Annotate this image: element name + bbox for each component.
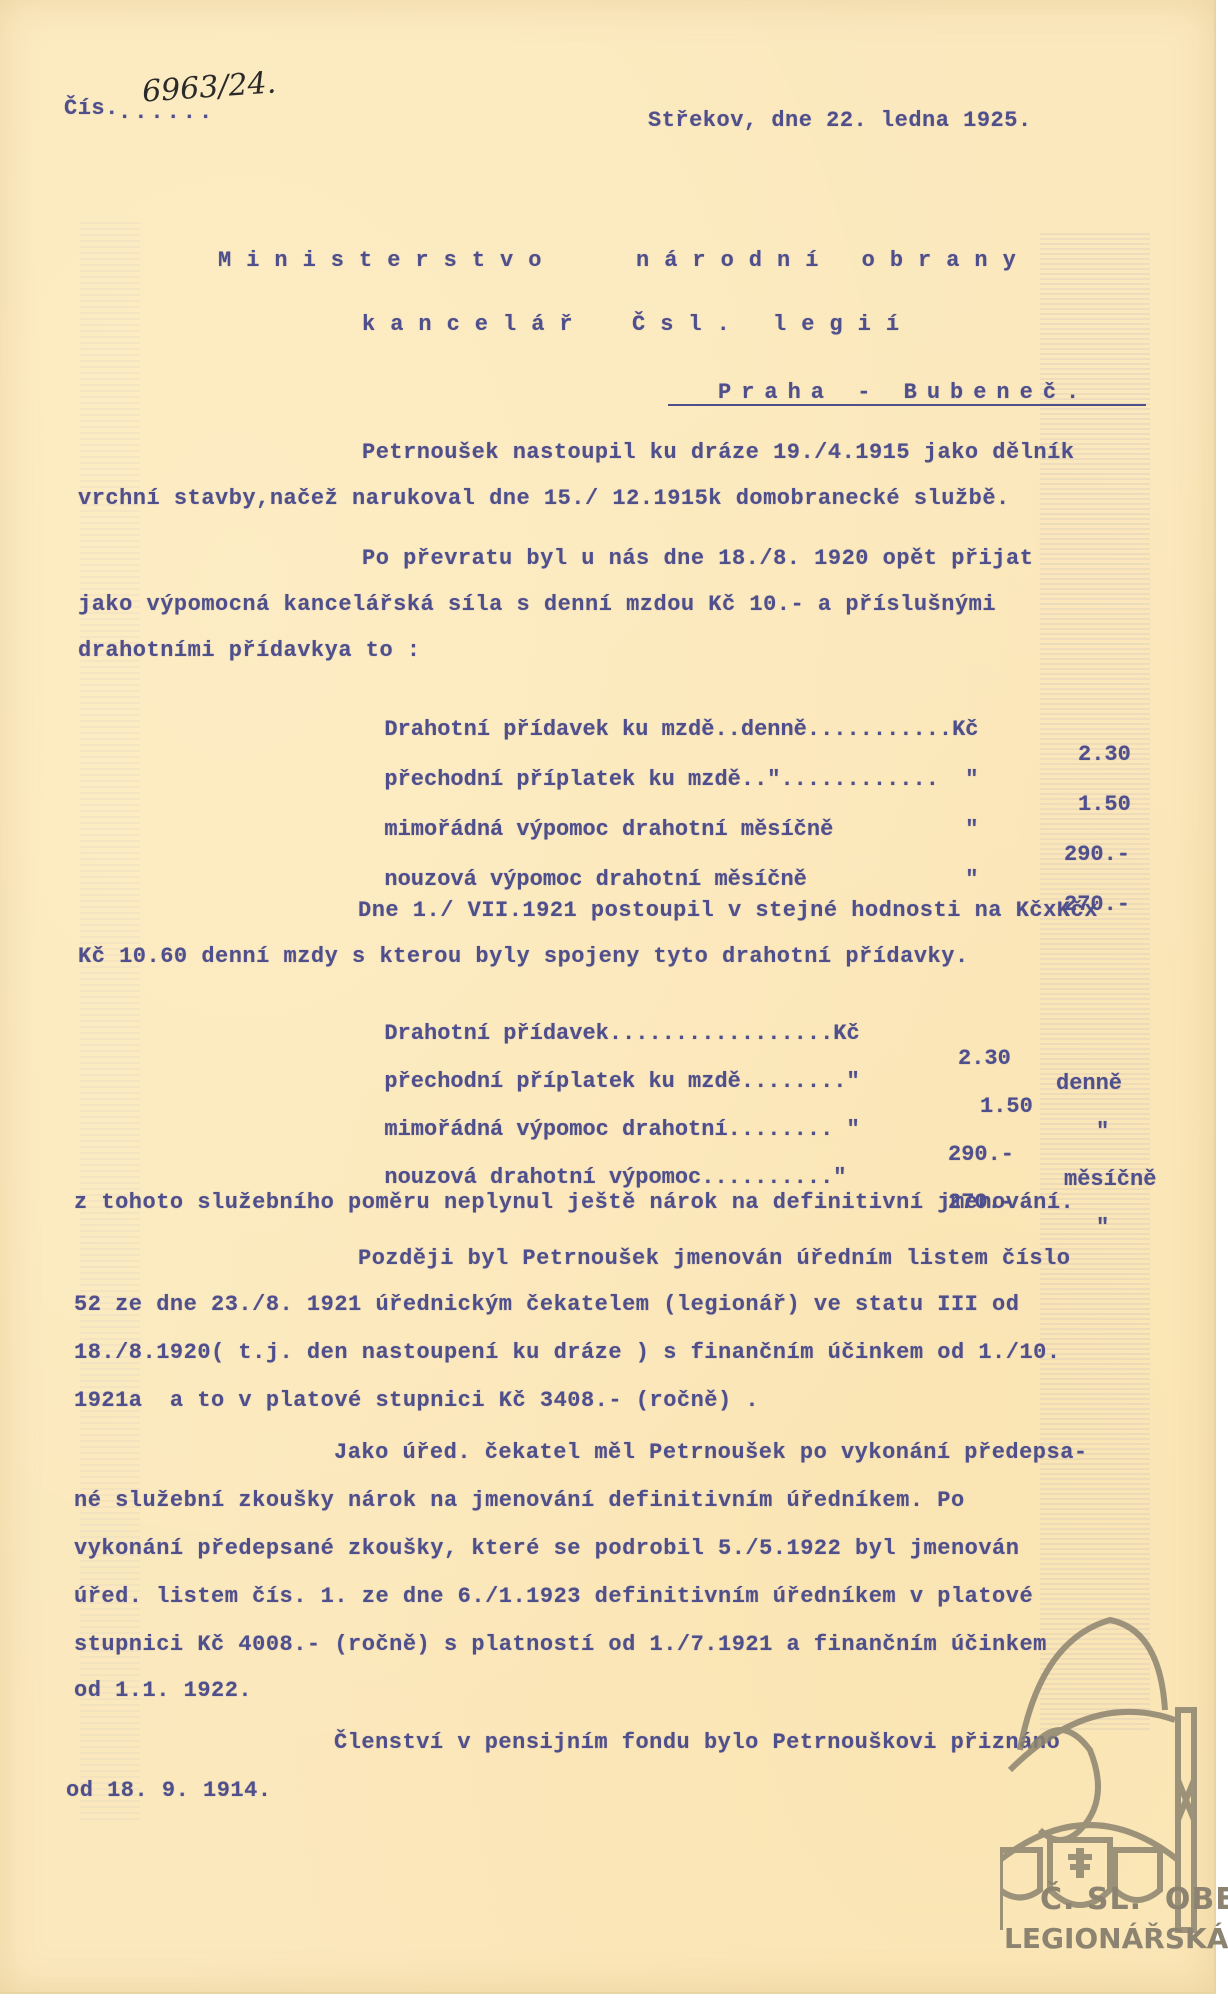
addressee-line3: Praha - Bubeneč. bbox=[718, 380, 1089, 405]
watermark-line2: LEGIONÁŘSKÁ bbox=[1004, 1922, 1228, 1955]
paragraph2-line1: Po převratu byl u nás dne 18./8. 1920 op… bbox=[362, 546, 1033, 571]
allowance1-label: mimořádná výpomoc drahotní měsíčně " bbox=[384, 817, 978, 842]
paragraph1-line1: Petrnoušek nastoupil ku dráze 19./4.1915… bbox=[362, 440, 1075, 465]
allowance1-amount: 290.- bbox=[1064, 842, 1130, 867]
paragraph5-line2: 52 ze dne 23./8. 1921 úřednickým čekatel… bbox=[74, 1292, 1019, 1317]
paragraph6-line1: Jako úřed. čekatel měl Petrnoušek po vyk… bbox=[334, 1440, 1088, 1465]
place-date: Střekov, dne 22. ledna 1925. bbox=[648, 108, 1032, 133]
allowance2-period: měsíčně bbox=[1064, 1167, 1156, 1192]
watermark-line1: Č. SL. OBEC bbox=[1040, 1882, 1228, 1917]
addressee-underline bbox=[668, 404, 1146, 406]
allowance2-period: denně bbox=[1056, 1071, 1122, 1096]
paragraph6-line6: od 1.1. 1922. bbox=[74, 1678, 252, 1703]
reference-label: Čís. bbox=[64, 96, 119, 121]
paragraph7-line2: od 18. 9. 1914. bbox=[66, 1778, 272, 1803]
addressee-line1-b: národní obrany bbox=[636, 248, 1031, 273]
allowance1-label: Drahotní přídavek ku mzdě..denně........… bbox=[384, 717, 978, 742]
paragraph6-line4: úřed. listem čís. 1. ze dne 6./1.1923 de… bbox=[74, 1584, 1033, 1609]
paragraph6-line5: stupnici Kč 4008.- (ročně) s platností o… bbox=[74, 1632, 1047, 1657]
allowance2-amount: 1.50 bbox=[980, 1094, 1033, 1119]
paragraph3-line2: Kč 10.60 denní mzdy s kterou byly spojen… bbox=[78, 944, 969, 969]
paragraph1-line2: vrchní stavby,načež narukoval dne 15./ 1… bbox=[78, 486, 1010, 511]
paragraph5-line4: 1921a a to v platové stupnici Kč 3408.- … bbox=[74, 1388, 759, 1413]
paragraph3-line1: Dne 1./ VII.1921 postoupil v stejné hodn… bbox=[358, 898, 1098, 923]
allowance2-label: přechodní příplatek ku mzdě........" bbox=[384, 1069, 859, 1094]
paragraph6-line2: né služební zkoušky nárok na jmenování d… bbox=[74, 1488, 965, 1513]
allowance1-amount: 2.30 bbox=[1078, 742, 1131, 767]
paragraph5-line3: 18./8.1920( t.j. den nastoupení ku dráze… bbox=[74, 1340, 1061, 1365]
allowance2-label: Drahotní přídavek.................Kč bbox=[384, 1021, 859, 1046]
addressee-line1-a: Ministerstvo bbox=[218, 248, 556, 273]
paragraph7-line1: Členství v pensijním fondu bylo Petrnouš… bbox=[334, 1730, 1060, 1755]
paragraph5-line1: Později byl Petrnoušek jmenován úředním … bbox=[358, 1246, 1071, 1271]
paragraph2-line2: jako výpomocná kancelářská síla s denní … bbox=[78, 592, 996, 617]
addressee-line2-a: kancelář bbox=[362, 312, 588, 337]
allowance1-label: nouzová výpomoc drahotní měsíčně " bbox=[384, 867, 978, 892]
allowance2-period: " bbox=[1096, 1215, 1109, 1240]
paragraph2-line3: drahotními přídavkya to : bbox=[78, 638, 421, 663]
allowance1-amount: 1.50 bbox=[1078, 792, 1131, 817]
allowance2-period: " bbox=[1096, 1119, 1109, 1144]
paragraph6-line3: vykonání předepsané zkoušky, které se po… bbox=[74, 1536, 1019, 1561]
allowance2-amount: 2.30 bbox=[958, 1046, 1011, 1071]
allowance2-label: mimořádná výpomoc drahotní........ " bbox=[384, 1117, 859, 1142]
addressee-line2-b: Čsl. legií bbox=[632, 312, 914, 337]
allowance1-label: přechodní příplatek ku mzdě.."..........… bbox=[384, 767, 978, 792]
paragraph4: z tohoto služebního poměru neplynul ješt… bbox=[74, 1190, 1074, 1215]
allowance2-amount: 290.- bbox=[948, 1142, 1014, 1167]
allowance2-label: nouzová drahotní výpomoc.........." bbox=[384, 1165, 846, 1190]
